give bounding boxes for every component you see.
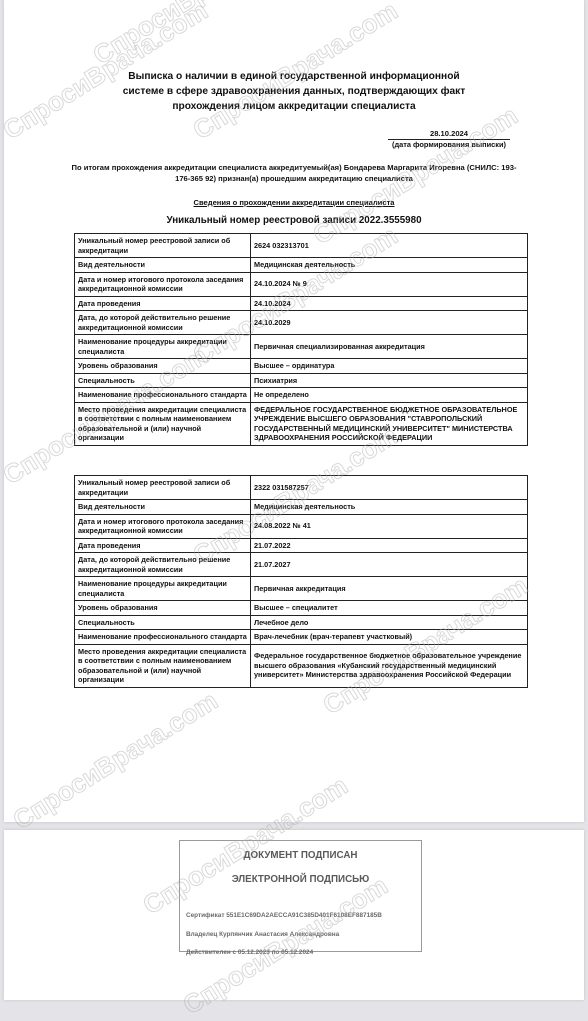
table-row: Дата, до которой действительно решение а… bbox=[75, 553, 528, 577]
extract-date: 28.10.2024 bbox=[388, 129, 510, 140]
table-row: Наименование профессионального стандарта… bbox=[75, 630, 528, 645]
table-row: Дата проведения24.10.2024 bbox=[75, 296, 528, 311]
watermark: СпросиВрача.com bbox=[8, 685, 224, 836]
accreditation-table-2: Уникальный номер реестровой записи об ак… bbox=[74, 475, 528, 688]
row-label: Вид деятельности bbox=[75, 500, 251, 515]
table-row: Уникальный номер реестровой записи об ак… bbox=[75, 476, 528, 500]
row-label: Специальность bbox=[75, 615, 251, 630]
document-title: Выписка о наличии в единой государственн… bbox=[4, 69, 584, 114]
table-row: Уникальный номер реестровой записи об ак… bbox=[75, 234, 528, 258]
row-label: Дата, до которой действительно решение а… bbox=[75, 553, 251, 577]
signature-certificate: Сертификат 551E1C69DA2AECCA91C385D401F61… bbox=[186, 912, 382, 919]
table-row: Дата, до которой действительно решение а… bbox=[75, 311, 528, 335]
row-label: Место проведения аккредитации специалист… bbox=[75, 644, 251, 687]
electronic-signature-stamp: ДОКУМЕНТ ПОДПИСАН ЭЛЕКТРОННОЙ ПОДПИСЬЮ С… bbox=[179, 840, 422, 952]
row-label: Специальность bbox=[75, 373, 251, 388]
row-value: 24.08.2022 № 41 bbox=[251, 514, 528, 538]
row-label: Дата проведения bbox=[75, 538, 251, 553]
accreditation-table-1: Уникальный номер реестровой записи об ак… bbox=[74, 233, 528, 446]
extract-date-caption: (дата формирования выписки) bbox=[388, 140, 510, 150]
table-row: Наименование процедуры аккредитации спец… bbox=[75, 335, 528, 359]
row-label: Дата, до которой действительно решение а… bbox=[75, 311, 251, 335]
record-number-title: Уникальный номер реестровой записи 2022.… bbox=[4, 215, 584, 226]
document-page-1: Выписка о наличии в единой государственн… bbox=[4, 0, 584, 822]
table-row: Наименование процедуры аккредитации спец… bbox=[75, 577, 528, 601]
row-value: 2322 031587257 bbox=[251, 476, 528, 500]
row-label: Уровень образования bbox=[75, 359, 251, 374]
table-row: Вид деятельностиМедицинская деятельность bbox=[75, 258, 528, 273]
row-label: Наименование профессионального стандарта bbox=[75, 630, 251, 645]
row-value: Лечебное дело bbox=[251, 615, 528, 630]
row-label: Наименование профессионального стандарта bbox=[75, 388, 251, 403]
signature-owner: Владелец Курпянчик Анастасия Александров… bbox=[186, 931, 339, 938]
row-value: 24.10.2024 № 9 bbox=[251, 272, 528, 296]
row-value: Медицинская деятельность bbox=[251, 258, 528, 273]
intro-paragraph: По итогам прохождения аккредитации специ… bbox=[44, 163, 544, 184]
row-value: Медицинская деятельность bbox=[251, 500, 528, 515]
row-value: 21.07.2027 bbox=[251, 553, 528, 577]
signature-validity: Действителен с 05.12.2023 по 05.12.2024 bbox=[186, 949, 313, 956]
table-row: СпециальностьПсихиатрия bbox=[75, 373, 528, 388]
row-value: Первичная специализированная аккредитаци… bbox=[251, 335, 528, 359]
row-label: Уникальный номер реестровой записи об ак… bbox=[75, 476, 251, 500]
row-label: Место проведения аккредитации специалист… bbox=[75, 402, 251, 445]
row-value: Не определено bbox=[251, 388, 528, 403]
table-row: Дата и номер итогового протокола заседан… bbox=[75, 514, 528, 538]
section-title: Сведения о прохождении аккредитации спец… bbox=[4, 198, 584, 207]
extract-date-block: 28.10.2024 (дата формирования выписки) bbox=[388, 129, 510, 150]
table-row: СпециальностьЛечебное дело bbox=[75, 615, 528, 630]
row-value: Врач-лечебник (врач-терапевт участковый) bbox=[251, 630, 528, 645]
table-row: Уровень образованияВысшее – специалитет bbox=[75, 601, 528, 616]
watermark: СпросиВрача.com bbox=[88, 0, 304, 71]
document-page-2: ДОКУМЕНТ ПОДПИСАН ЭЛЕКТРОННОЙ ПОДПИСЬЮ С… bbox=[4, 830, 584, 1000]
signature-heading: ДОКУМЕНТ ПОДПИСАН bbox=[180, 850, 421, 861]
table-row: Дата проведения21.07.2022 bbox=[75, 538, 528, 553]
row-value: Высшее – ординатура bbox=[251, 359, 528, 374]
row-label: Вид деятельности bbox=[75, 258, 251, 273]
table-row: Место проведения аккредитации специалист… bbox=[75, 644, 528, 687]
row-label: Дата проведения bbox=[75, 296, 251, 311]
row-value: Федеральное государственное бюджетное об… bbox=[251, 644, 528, 687]
table-row: Уровень образованияВысшее – ординатура bbox=[75, 359, 528, 374]
row-value: Первичная аккредитация bbox=[251, 577, 528, 601]
row-label: Наименование процедуры аккредитации спец… bbox=[75, 335, 251, 359]
table-row: Наименование профессионального стандарта… bbox=[75, 388, 528, 403]
table-row: Вид деятельностиМедицинская деятельность bbox=[75, 500, 528, 515]
row-label: Наименование процедуры аккредитации спец… bbox=[75, 577, 251, 601]
row-value: 2624 032313701 bbox=[251, 234, 528, 258]
row-value: ФЕДЕРАЛЬНОЕ ГОСУДАРСТВЕННОЕ БЮДЖЕТНОЕ ОБ… bbox=[251, 402, 528, 445]
row-value: 24.10.2024 bbox=[251, 296, 528, 311]
row-label: Уровень образования bbox=[75, 601, 251, 616]
signature-subheading: ЭЛЕКТРОННОЙ ПОДПИСЬЮ bbox=[180, 874, 421, 885]
row-label: Дата и номер итогового протокола заседан… bbox=[75, 514, 251, 538]
table-row: Дата и номер итогового протокола заседан… bbox=[75, 272, 528, 296]
row-value: Высшее – специалитет bbox=[251, 601, 528, 616]
row-value: Психиатрия bbox=[251, 373, 528, 388]
table-row: Место проведения аккредитации специалист… bbox=[75, 402, 528, 445]
row-label: Уникальный номер реестровой записи об ак… bbox=[75, 234, 251, 258]
row-label: Дата и номер итогового протокола заседан… bbox=[75, 272, 251, 296]
row-value: 24.10.2029 bbox=[251, 311, 528, 335]
row-value: 21.07.2022 bbox=[251, 538, 528, 553]
